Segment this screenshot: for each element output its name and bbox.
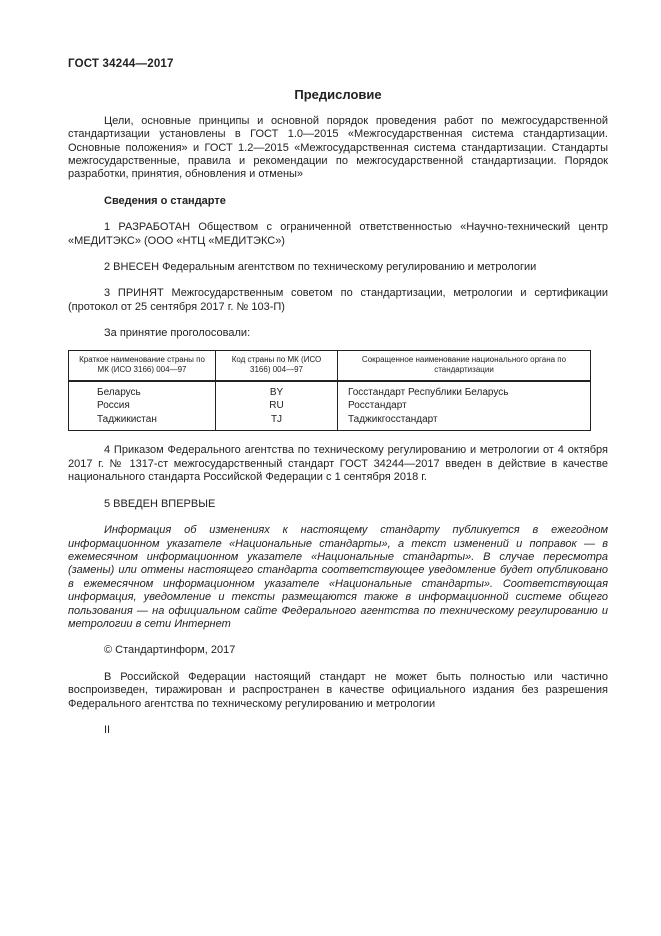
- standard-info-item-4: 4 Приказом Федерального агентства по тех…: [68, 444, 608, 484]
- table-row: Россия RU Росстандарт: [69, 399, 591, 413]
- page-number: II: [68, 724, 608, 737]
- changes-information-note: Информация об изменениях к настоящему ст…: [68, 524, 608, 631]
- table-row: Беларусь BY Госстандарт Республики Белар…: [69, 381, 591, 400]
- column-header-org: Сокращенное наименование национального о…: [338, 350, 591, 381]
- column-header-country: Краткое наименование страны по МК (ИСО 3…: [69, 350, 216, 381]
- vote-table: Краткое наименование страны по МК (ИСО 3…: [68, 350, 591, 432]
- column-header-code: Код страны по МК (ИСО 3166) 004—97: [216, 350, 338, 381]
- cell-country: Таджикистан: [69, 413, 216, 431]
- vote-table-header-row: Краткое наименование страны по МК (ИСО 3…: [69, 350, 591, 381]
- vote-caption: За принятие проголосовали:: [68, 327, 608, 340]
- cell-org: Госстандарт Республики Беларусь: [338, 381, 591, 400]
- intro-paragraph: Цели, основные принципы и основной поряд…: [68, 115, 608, 182]
- standard-info-item-3: 3 ПРИНЯТ Межгосударственным советом по с…: [68, 287, 608, 314]
- table-row: Таджикистан TJ Таджикгосстандарт: [69, 413, 591, 431]
- standard-info-item-2: 2 ВНЕСЕН Федеральным агентством по техни…: [68, 261, 608, 274]
- cell-org: Таджикгосстандарт: [338, 413, 591, 431]
- document-code: ГОСТ 34244—2017: [68, 58, 608, 71]
- cell-country: Беларусь: [69, 381, 216, 400]
- cell-code: TJ: [216, 413, 338, 431]
- reproduction-restriction-note: В Российской Федерации настоящий стандар…: [68, 671, 608, 711]
- standard-info-item-5: 5 ВВЕДЕН ВПЕРВЫЕ: [68, 498, 608, 511]
- cell-org: Росстандарт: [338, 399, 591, 413]
- page-title: Предисловие: [68, 88, 608, 101]
- cell-country: Россия: [69, 399, 216, 413]
- document-page: ГОСТ 34244—2017 Предисловие Цели, основн…: [0, 0, 661, 936]
- cell-code: RU: [216, 399, 338, 413]
- copyright-notice: © Стандартинформ, 2017: [68, 644, 608, 657]
- section-heading-standard-info: Сведения о стандарте: [68, 195, 608, 208]
- standard-info-item-1: 1 РАЗРАБОТАН Обществом с ограниченной от…: [68, 221, 608, 248]
- cell-code: BY: [216, 381, 338, 400]
